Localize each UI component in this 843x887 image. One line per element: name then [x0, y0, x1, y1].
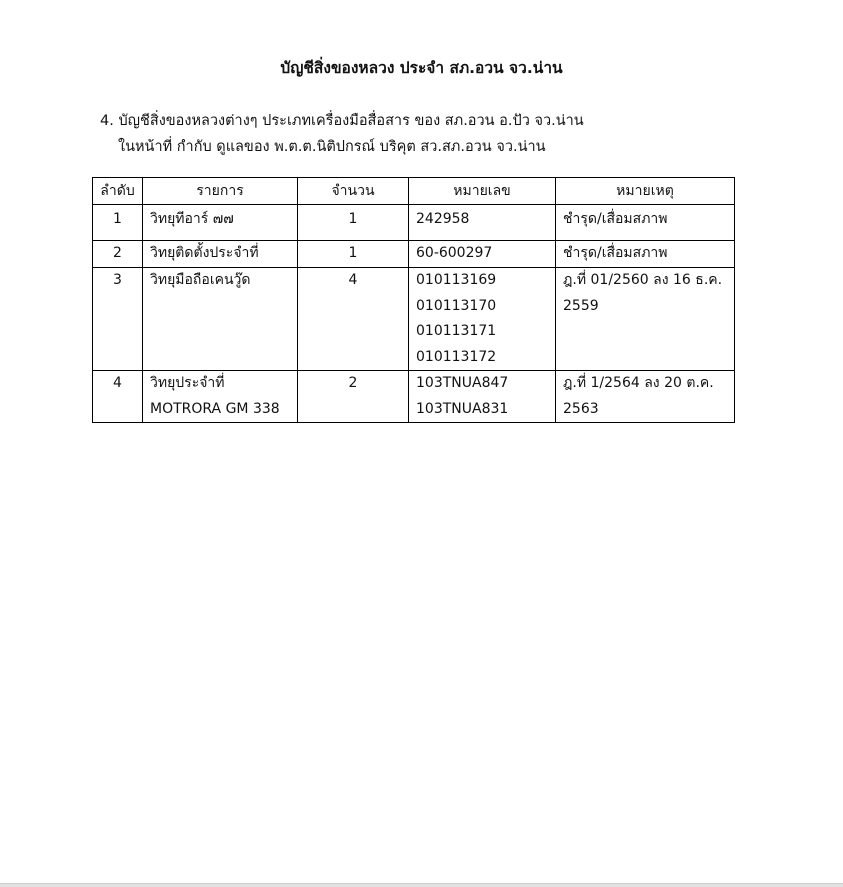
serial-line: 010113169: [416, 268, 548, 294]
header-qty: จำนวน: [298, 178, 409, 205]
remark-line: ฎ.ที่ 1/2564 ลง 20 ต.ค.: [563, 371, 727, 397]
cell-qty: 2: [298, 371, 409, 423]
page-bottom-edge: [0, 883, 843, 887]
cell-serial: 242958: [409, 205, 556, 241]
cell-item: วิทยุทีอาร์ ๗๗: [143, 205, 298, 241]
item-line: วิทยุติดตั้งประจำที่: [150, 241, 290, 267]
document-title: บัญชีสิ่งของหลวง ประจำ สภ.อวน จว.น่าน: [0, 57, 843, 79]
cell-no: 3: [93, 268, 143, 371]
cell-qty: 1: [298, 241, 409, 268]
serial-line: 010113171: [416, 319, 548, 345]
cell-serial: 60-600297: [409, 241, 556, 268]
table-row: 2 วิทยุติดตั้งประจำที่ 1 60-600297 ชำรุด…: [93, 241, 735, 268]
cell-item: วิทยุติดตั้งประจำที่: [143, 241, 298, 268]
inventory-table: ลำดับ รายการ จำนวน หมายเลข หมายเหตุ 1 วิ…: [92, 177, 735, 423]
table-row: 3 วิทยุมือถือเคนวู๊ด 4 010113169 0101131…: [93, 268, 735, 371]
table-row: 4 วิทยุประจำที่ MOTRORA GM 338 2 103TNUA…: [93, 371, 735, 423]
cell-qty: 1: [298, 205, 409, 241]
table-row: 1 วิทยุทีอาร์ ๗๗ 1 242958 ชำรุด/เสื่อมสภ…: [93, 205, 735, 241]
header-no: ลำดับ: [93, 178, 143, 205]
serial-line: 103TNUA831: [416, 397, 548, 423]
cell-no: 2: [93, 241, 143, 268]
item-line: MOTRORA GM 338: [150, 397, 290, 423]
cell-serial: 103TNUA847 103TNUA831: [409, 371, 556, 423]
cell-qty: 4: [298, 268, 409, 371]
cell-item: วิทยุมือถือเคนวู๊ด: [143, 268, 298, 371]
remark-line: ฎ.ที่ 01/2560 ลง 16 ธ.ค.: [563, 268, 727, 294]
cell-remark: ฎ.ที่ 1/2564 ลง 20 ต.ค. 2563: [556, 371, 735, 423]
header-serial: หมายเลข: [409, 178, 556, 205]
header-item: รายการ: [143, 178, 298, 205]
cell-item: วิทยุประจำที่ MOTRORA GM 338: [143, 371, 298, 423]
intro-line-1: 4. บัญชีสิ่งของหลวงต่างๆ ประเภทเครื่องมื…: [100, 108, 584, 134]
section-intro: 4. บัญชีสิ่งของหลวงต่างๆ ประเภทเครื่องมื…: [100, 108, 584, 160]
table-header-row: ลำดับ รายการ จำนวน หมายเลข หมายเหตุ: [93, 178, 735, 205]
item-line: วิทยุมือถือเคนวู๊ด: [150, 268, 290, 294]
serial-line: 60-600297: [416, 241, 548, 267]
item-line: วิทยุประจำที่: [150, 371, 290, 397]
remark-line: ชำรุด/เสื่อมสภาพ: [563, 241, 727, 267]
serial-line: 010113170: [416, 294, 548, 320]
intro-line-2: ในหน้าที่ กำกับ ดูแลของ พ.ต.ต.นิติปกรณ์ …: [100, 134, 584, 160]
cell-no: 4: [93, 371, 143, 423]
serial-line: 103TNUA847: [416, 371, 548, 397]
remark-line: ชำรุด/เสื่อมสภาพ: [563, 207, 727, 233]
cell-remark: ชำรุด/เสื่อมสภาพ: [556, 241, 735, 268]
cell-remark: ชำรุด/เสื่อมสภาพ: [556, 205, 735, 241]
remark-line: 2563: [563, 397, 727, 423]
remark-line: 2559: [563, 294, 727, 320]
serial-line: 242958: [416, 207, 548, 233]
serial-line: 010113172: [416, 345, 548, 371]
cell-serial: 010113169 010113170 010113171 010113172: [409, 268, 556, 371]
item-line: วิทยุทีอาร์ ๗๗: [150, 207, 290, 233]
cell-remark: ฎ.ที่ 01/2560 ลง 16 ธ.ค. 2559: [556, 268, 735, 371]
cell-no: 1: [93, 205, 143, 241]
header-remark: หมายเหตุ: [556, 178, 735, 205]
